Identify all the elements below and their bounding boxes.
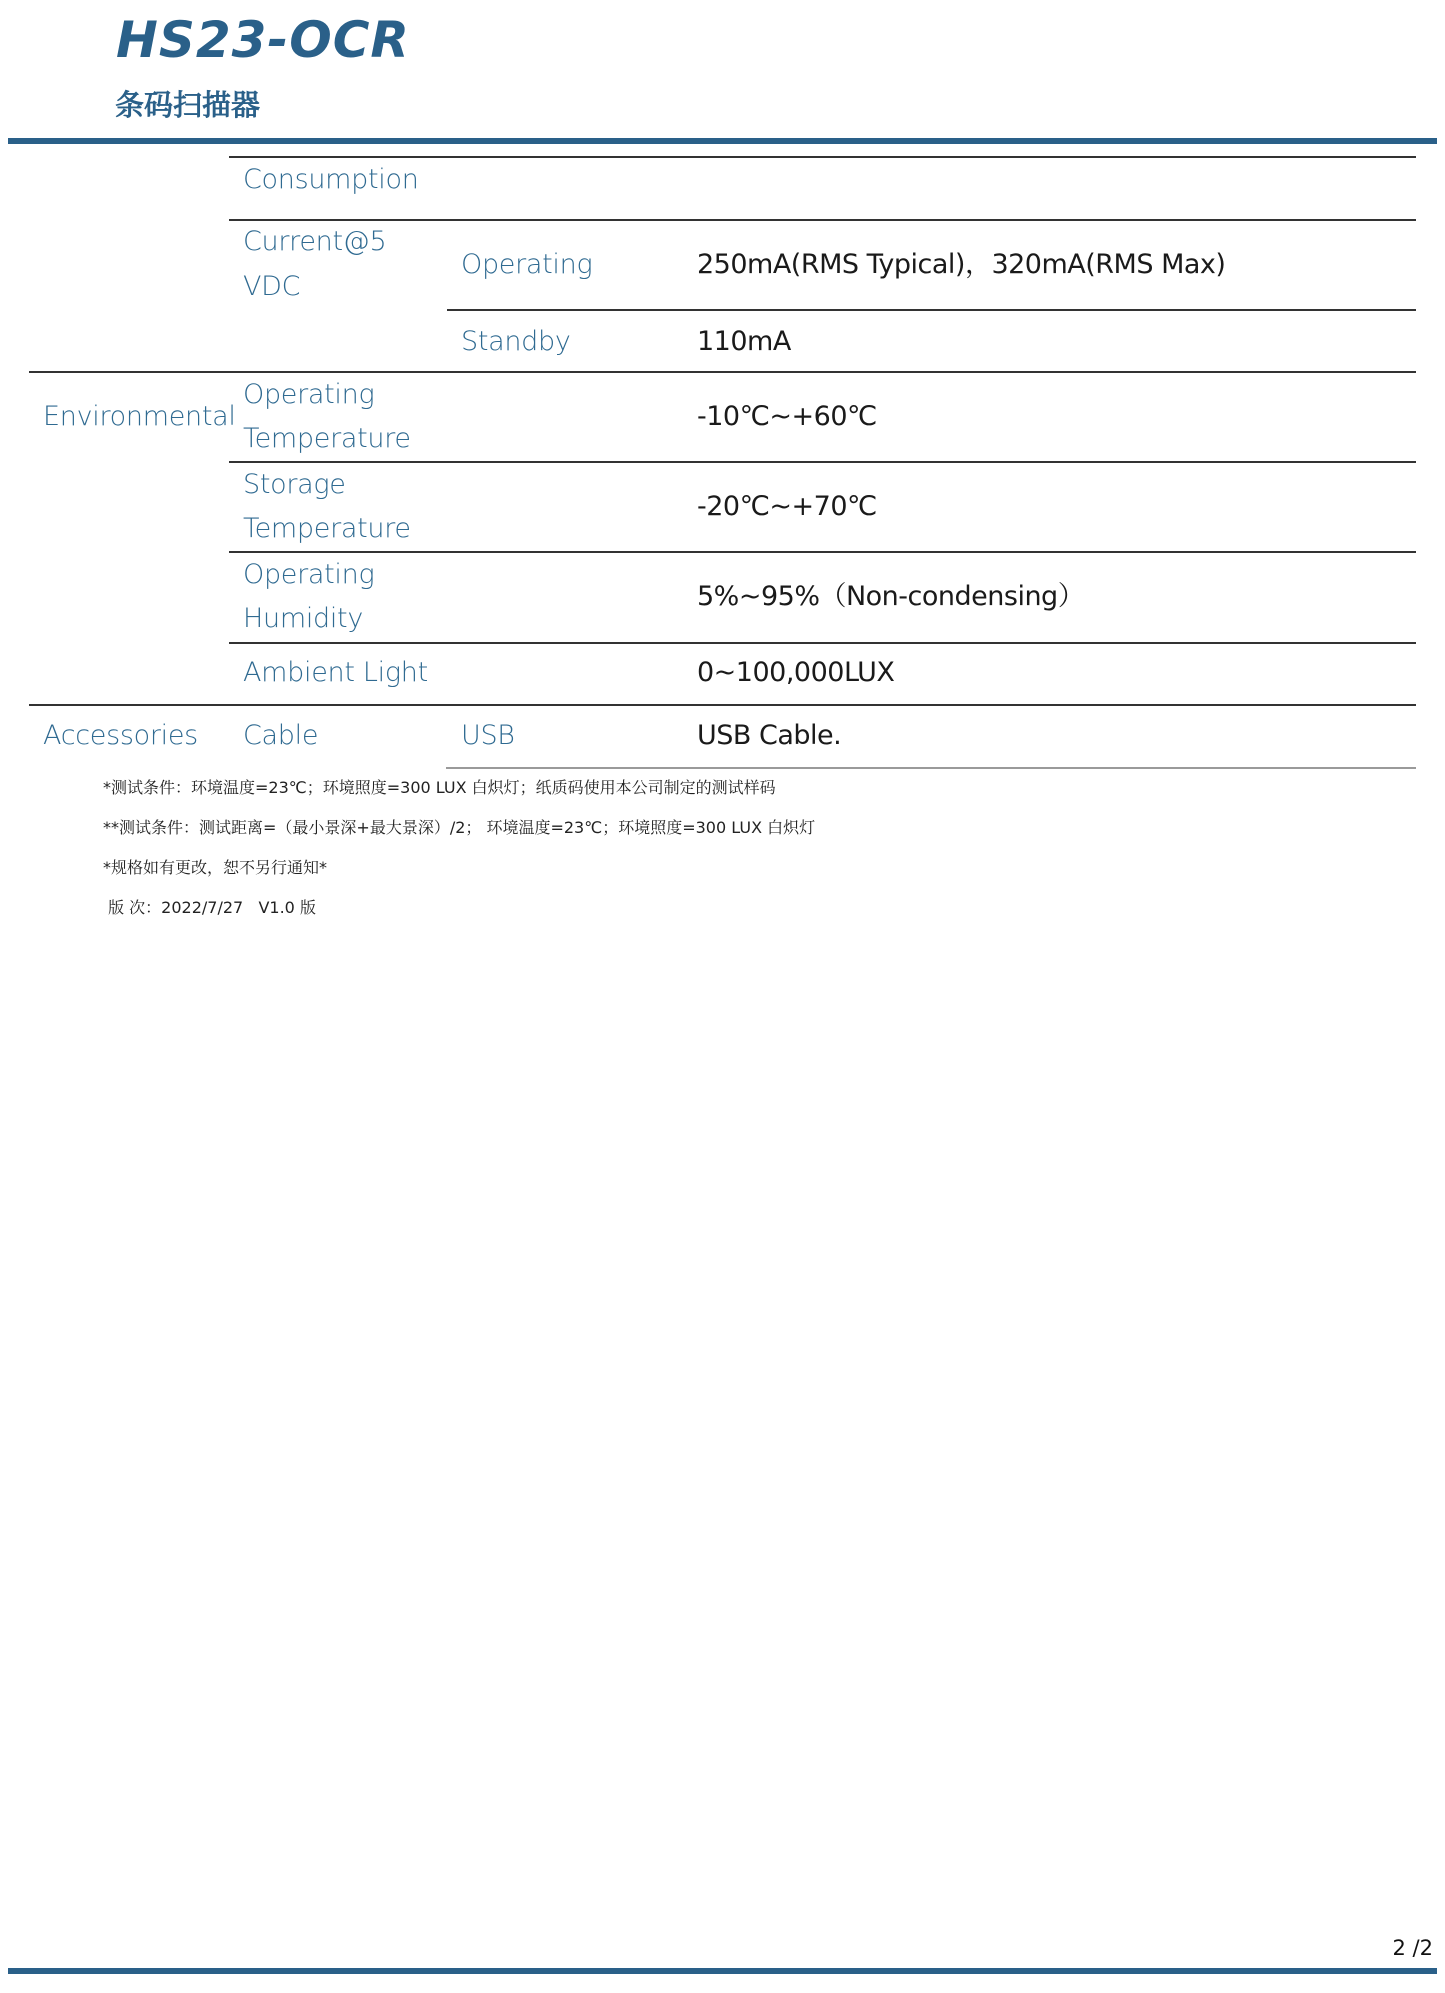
spec-value-cable: USB Cable. [697, 714, 841, 758]
spec-sub-operating: Operating [461, 243, 592, 287]
footnote-test-distance: **测试条件：测试距离=（最小景深+最大景深）/2； 环境温度=23℃；环境照度… [103, 817, 815, 839]
page-number: 2 /2 [1393, 1936, 1433, 1960]
spec-item-humidity-line2: Humidity [243, 597, 363, 641]
spec-category-accessories: Accessories [43, 714, 198, 758]
table-rule [229, 219, 1416, 221]
table-rule [229, 642, 1416, 644]
spec-value-ambient-light: 0~100,000LUX [697, 651, 894, 695]
spec-item-current-line2: VDC [243, 265, 300, 309]
product-model-title: HS23-OCR [116, 12, 410, 68]
spec-item-storage-temp-line1: Storage [243, 463, 346, 507]
spec-item-humidity-line1: Operating [243, 553, 374, 597]
table-rule [446, 767, 1416, 769]
spec-sub-standby: Standby [461, 320, 571, 364]
spec-item-cable: Cable [243, 714, 318, 758]
table-rule [229, 551, 1416, 553]
table-rule [229, 461, 1416, 463]
spec-item-storage-temp-line2: Temperature [243, 507, 411, 551]
spec-item-operating-temp-line1: Operating [243, 373, 374, 417]
product-subtitle: 条码扫描器 [115, 88, 260, 122]
footnote-spec-change: *规格如有更改，恕不另行通知* [103, 857, 327, 879]
header-divider-bar [8, 138, 1437, 144]
spec-item-consumption: Consumption [243, 158, 419, 202]
spec-item-operating-temp-line2: Temperature [243, 417, 411, 461]
spec-value-operating-temp: -10℃~+60℃ [697, 395, 877, 439]
table-rule [29, 704, 1416, 706]
table-rule [447, 309, 1416, 311]
spec-value-storage-temp: -20℃~+70℃ [697, 485, 877, 529]
spec-value-operating-current: 250mA(RMS Typical)，320mA(RMS Max) [697, 243, 1225, 287]
spec-value-humidity: 5%~95%（Non-condensing） [697, 575, 1084, 619]
spec-sub-usb: USB [461, 714, 515, 758]
spec-item-ambient-light: Ambient Light [243, 651, 428, 695]
footnote-test-conditions: *测试条件：环境温度=23℃；环境照度=300 LUX 白炽灯；纸质码使用本公司… [103, 777, 776, 799]
footer-divider-bar [8, 1968, 1437, 1974]
spec-category-environmental: Environmental [43, 395, 236, 439]
spec-value-standby-current: 110mA [697, 320, 791, 364]
spec-item-current-line1: Current@5 [243, 220, 386, 264]
table-rule [29, 371, 1416, 373]
footnote-version: 版 次：2022/7/27 V1.0 版 [103, 897, 316, 919]
